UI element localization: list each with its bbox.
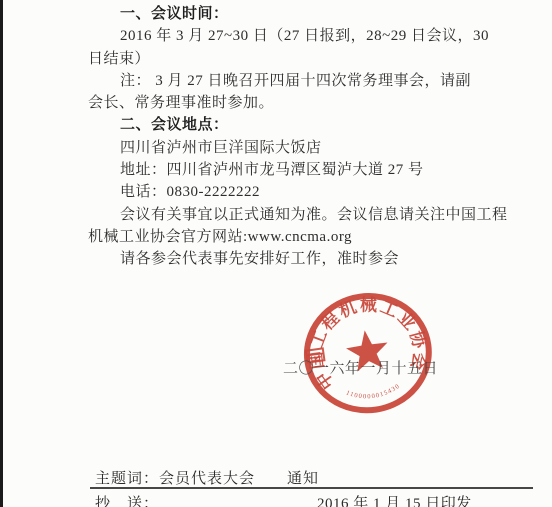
doc-line-website: 机械工业协会官方网站:www.cncma.org bbox=[88, 226, 512, 248]
doc-line-phone: 电话：0830-2222222 bbox=[88, 181, 512, 203]
doc-line: 会长、常务理事准时参加。 bbox=[88, 92, 512, 114]
doc-line: 注： 3 月 27 日晚召开四届十四次常务理事会，请副 bbox=[88, 70, 512, 92]
subject-value: 会员代表大会 通知 bbox=[159, 471, 319, 487]
doc-line: 会议有关事宜以正式通知为准。会议信息请关注中国工程 bbox=[88, 204, 512, 226]
doc-line: 四川省泸州市巨洋国际大饭店 bbox=[88, 137, 512, 159]
section-heading-meeting-place: 二、会议地点： bbox=[88, 114, 512, 136]
copy-to-label: 抄 送： bbox=[95, 492, 159, 507]
doc-line: 请各参会代表事先安排好工作，准时参会 bbox=[88, 248, 512, 270]
print-date: 2016 年 1 月 15 日印发 bbox=[317, 492, 472, 507]
seal-serial-text: 1100000015430 bbox=[344, 382, 403, 404]
footer-divider bbox=[90, 487, 533, 489]
subject-label: 主题词： bbox=[95, 471, 159, 487]
doc-line: 2016 年 3 月 27~30 日（27 日报到，28~29 日会议，30 bbox=[88, 25, 512, 47]
doc-line: 日结束） bbox=[88, 48, 512, 70]
official-seal: 中国工程机械工业协会 1100000015430 bbox=[292, 282, 446, 426]
doc-line-address: 地址：四川省泸州市龙马潭区蜀泸大道 27 号 bbox=[88, 159, 512, 181]
scan-edge-line bbox=[0, 0, 3, 507]
section-heading-meeting-time: 一、会议时间： bbox=[88, 3, 512, 25]
footer-subject-row: 主题词：会员代表大会 通知 bbox=[95, 467, 319, 488]
scanned-notice-page: 一、会议时间： 2016 年 3 月 27~30 日（27 日报到，28~29 … bbox=[0, 0, 552, 507]
notice-body: 一、会议时间： 2016 年 3 月 27~30 日（27 日报到，28~29 … bbox=[88, 3, 512, 271]
signature-date: 二〇一六年一月十五日 bbox=[283, 357, 438, 378]
